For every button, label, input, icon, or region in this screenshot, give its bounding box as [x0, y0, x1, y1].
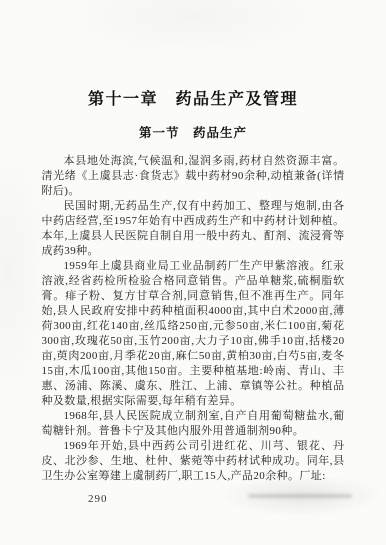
page-number: 290	[88, 493, 108, 505]
paragraph-1969-factory: 1969年开始,县中西药公司引进红花、川芎、银花、丹皮、北沙参、生地、杜仲、紫菀…	[42, 439, 345, 484]
chapter-title: 第十一章 药品生产及管理	[0, 0, 386, 109]
scan-artifact	[248, 494, 352, 498]
paragraph-intro: 本县地处海滨,气候温和,湿润多雨,药材自然资源丰富。清光绪《上虞县志·食货志》载…	[42, 154, 345, 199]
scanned-book-page: 第十一章 药品生产及管理 第一节 药品生产 本县地处海滨,气候温和,湿润多雨,药…	[0, 0, 386, 545]
paragraph-1959-production: 1959年上虞县商业局工业品制药厂生产甲紫溶液。红汞溶液,经省药检所检验合格同意…	[42, 259, 345, 409]
paragraph-1968-hospital: 1968年,县人民医院成立制剂室,自产自用葡萄糖盐水,葡萄糖针剂。普鲁卡宁及其他…	[42, 409, 345, 439]
body-text: 本县地处海滨,气候温和,湿润多雨,药材自然资源丰富。清光绪《上虞县志·食货志》载…	[42, 154, 345, 484]
section-title: 第一节 药品生产	[0, 109, 386, 141]
paragraph-minguo-period: 民国时期,无药品生产,仅有中药加工、整理与炮制,由各中药店经营,至1957年始有…	[42, 199, 345, 259]
